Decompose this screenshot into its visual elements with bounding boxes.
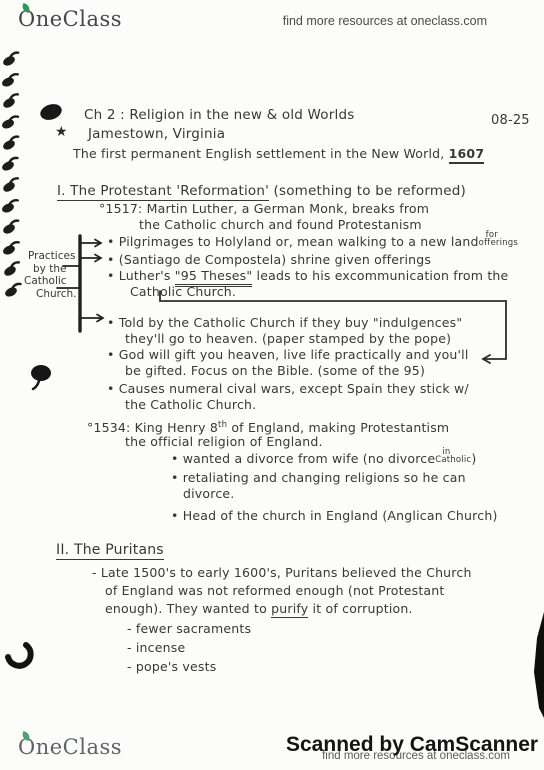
section1-heading-underlined: I. The Protestant 'Reformation' xyxy=(57,183,269,201)
header-tagline-link[interactable]: find more resources at oneclass.com xyxy=(283,14,487,28)
star-mark: ★ xyxy=(55,124,68,140)
bullet-text: • wanted a divorce from wife (no divorce xyxy=(171,451,435,466)
line-1534-1: °1534: King Henry 8th of England, making… xyxy=(87,418,449,435)
bullet-text: • Pilgrimages to Holyland or, mean walki… xyxy=(107,234,479,249)
puritans-line-3: enough). They wanted to purify it of cor… xyxy=(105,601,413,616)
bullet-text: leads to his excommunication from the xyxy=(252,268,508,283)
purify-underlined: purify xyxy=(271,601,308,618)
scribble-in-catholic: in Catholic xyxy=(435,448,471,464)
bullet-god-gift-1: • God will gift you heaven, live life pr… xyxy=(107,347,469,362)
puritans-line-1: - Late 1500's to early 1600's, Puritans … xyxy=(92,565,472,580)
note-intro: The first permanent English settlement i… xyxy=(73,146,484,161)
section2-heading: II. The Puritans xyxy=(56,543,164,558)
ink-blob-middle xyxy=(31,365,51,389)
bullet-indulgences-2: they'll go to heaven. (paper stamped by … xyxy=(125,331,451,346)
bullet-divorce: • wanted a divorce from wife (no divorce… xyxy=(171,450,476,466)
note-title: Ch 2 : Religion in the new & old Worlds xyxy=(84,108,354,123)
bullet-retaliating-2: divorce. xyxy=(183,486,234,501)
line-text: it of corruption. xyxy=(308,601,412,616)
line-1517-1: °1517: Martin Luther, a German Monk, bre… xyxy=(99,201,429,216)
margin-note-line: Church. xyxy=(24,288,77,301)
note-subtitle: Jamestown, Virginia xyxy=(88,127,225,142)
scribble-line: offerings xyxy=(479,239,518,247)
margin-note-line: Practices xyxy=(24,250,77,263)
line-1517-2: the Catholic church and found Protestani… xyxy=(139,217,422,232)
oneclass-logo-footer: OneClass xyxy=(18,737,122,758)
hole-punch-top xyxy=(38,101,64,122)
scribble-line: Catholic xyxy=(435,456,471,464)
camscanner-credit: Scanned by CamScanner xyxy=(286,733,538,757)
bullet-retaliating-1: • retaliating and changing religions so … xyxy=(171,470,466,485)
ink-blob-bottom xyxy=(8,645,31,666)
spiral-binding xyxy=(0,51,23,298)
margin-note-line: Catholic xyxy=(24,275,77,288)
bullet-text: • Luther's xyxy=(107,268,175,283)
logo-text: OneClass xyxy=(18,735,122,759)
puritans-line-2: of England was not reformed enough (not … xyxy=(105,583,445,598)
bullet-anglican: • Head of the church in England (Anglica… xyxy=(171,508,498,523)
line-1534-2: the official religion of England. xyxy=(125,434,323,449)
oneclass-logo-header: OneClass xyxy=(18,9,122,30)
section2-heading-underlined: II. The Puritans xyxy=(56,542,164,560)
section1-heading-note: (something to be reformed) xyxy=(269,183,466,199)
puritans-sub-2: - incense xyxy=(127,640,185,655)
scan-artifact-right-edge xyxy=(534,612,544,718)
intro-year: 1607 xyxy=(449,146,485,164)
margin-note: Practices by the Catholic Church. xyxy=(24,250,77,300)
bullet-theses-2: Catholic Church. xyxy=(130,284,236,299)
line-text: °1534: King Henry 8 xyxy=(87,420,218,435)
bullet-civil-wars-1: • Causes numeral cival wars, except Spai… xyxy=(107,381,469,396)
bullet-theses: • Luther's "95 Theses" leads to his exco… xyxy=(107,268,508,283)
line-text: of England, making Protestantism xyxy=(227,420,449,435)
puritans-sub-1: - fewer sacraments xyxy=(127,621,251,636)
bullet-text: ) xyxy=(471,451,476,466)
margin-scribble-offerings: for offerings xyxy=(479,231,518,247)
line-text: enough). They wanted to xyxy=(105,601,271,616)
bullet-god-gift-2: be gifted. Focus on the Bible. (some of … xyxy=(125,363,425,378)
section1-heading: I. The Protestant 'Reformation' (somethi… xyxy=(57,184,466,199)
bullet-indulgences-1: • Told by the Catholic Church if they bu… xyxy=(107,315,462,330)
ordinal-sup: th xyxy=(218,420,227,430)
margin-note-line: by the xyxy=(24,263,77,276)
note-date: 08-25 xyxy=(491,113,530,128)
puritans-sub-3: - pope's vests xyxy=(127,659,216,674)
intro-text: The first permanent English settlement i… xyxy=(73,146,449,161)
bullet-santiago: • (Santiago de Compostela) shrine given … xyxy=(107,252,431,267)
bullet-civil-wars-2: the Catholic Church. xyxy=(125,397,256,412)
bullet-pilgrimages: • Pilgrimages to Holyland or, mean walki… xyxy=(107,233,518,249)
logo-text: OneClass xyxy=(18,7,122,31)
